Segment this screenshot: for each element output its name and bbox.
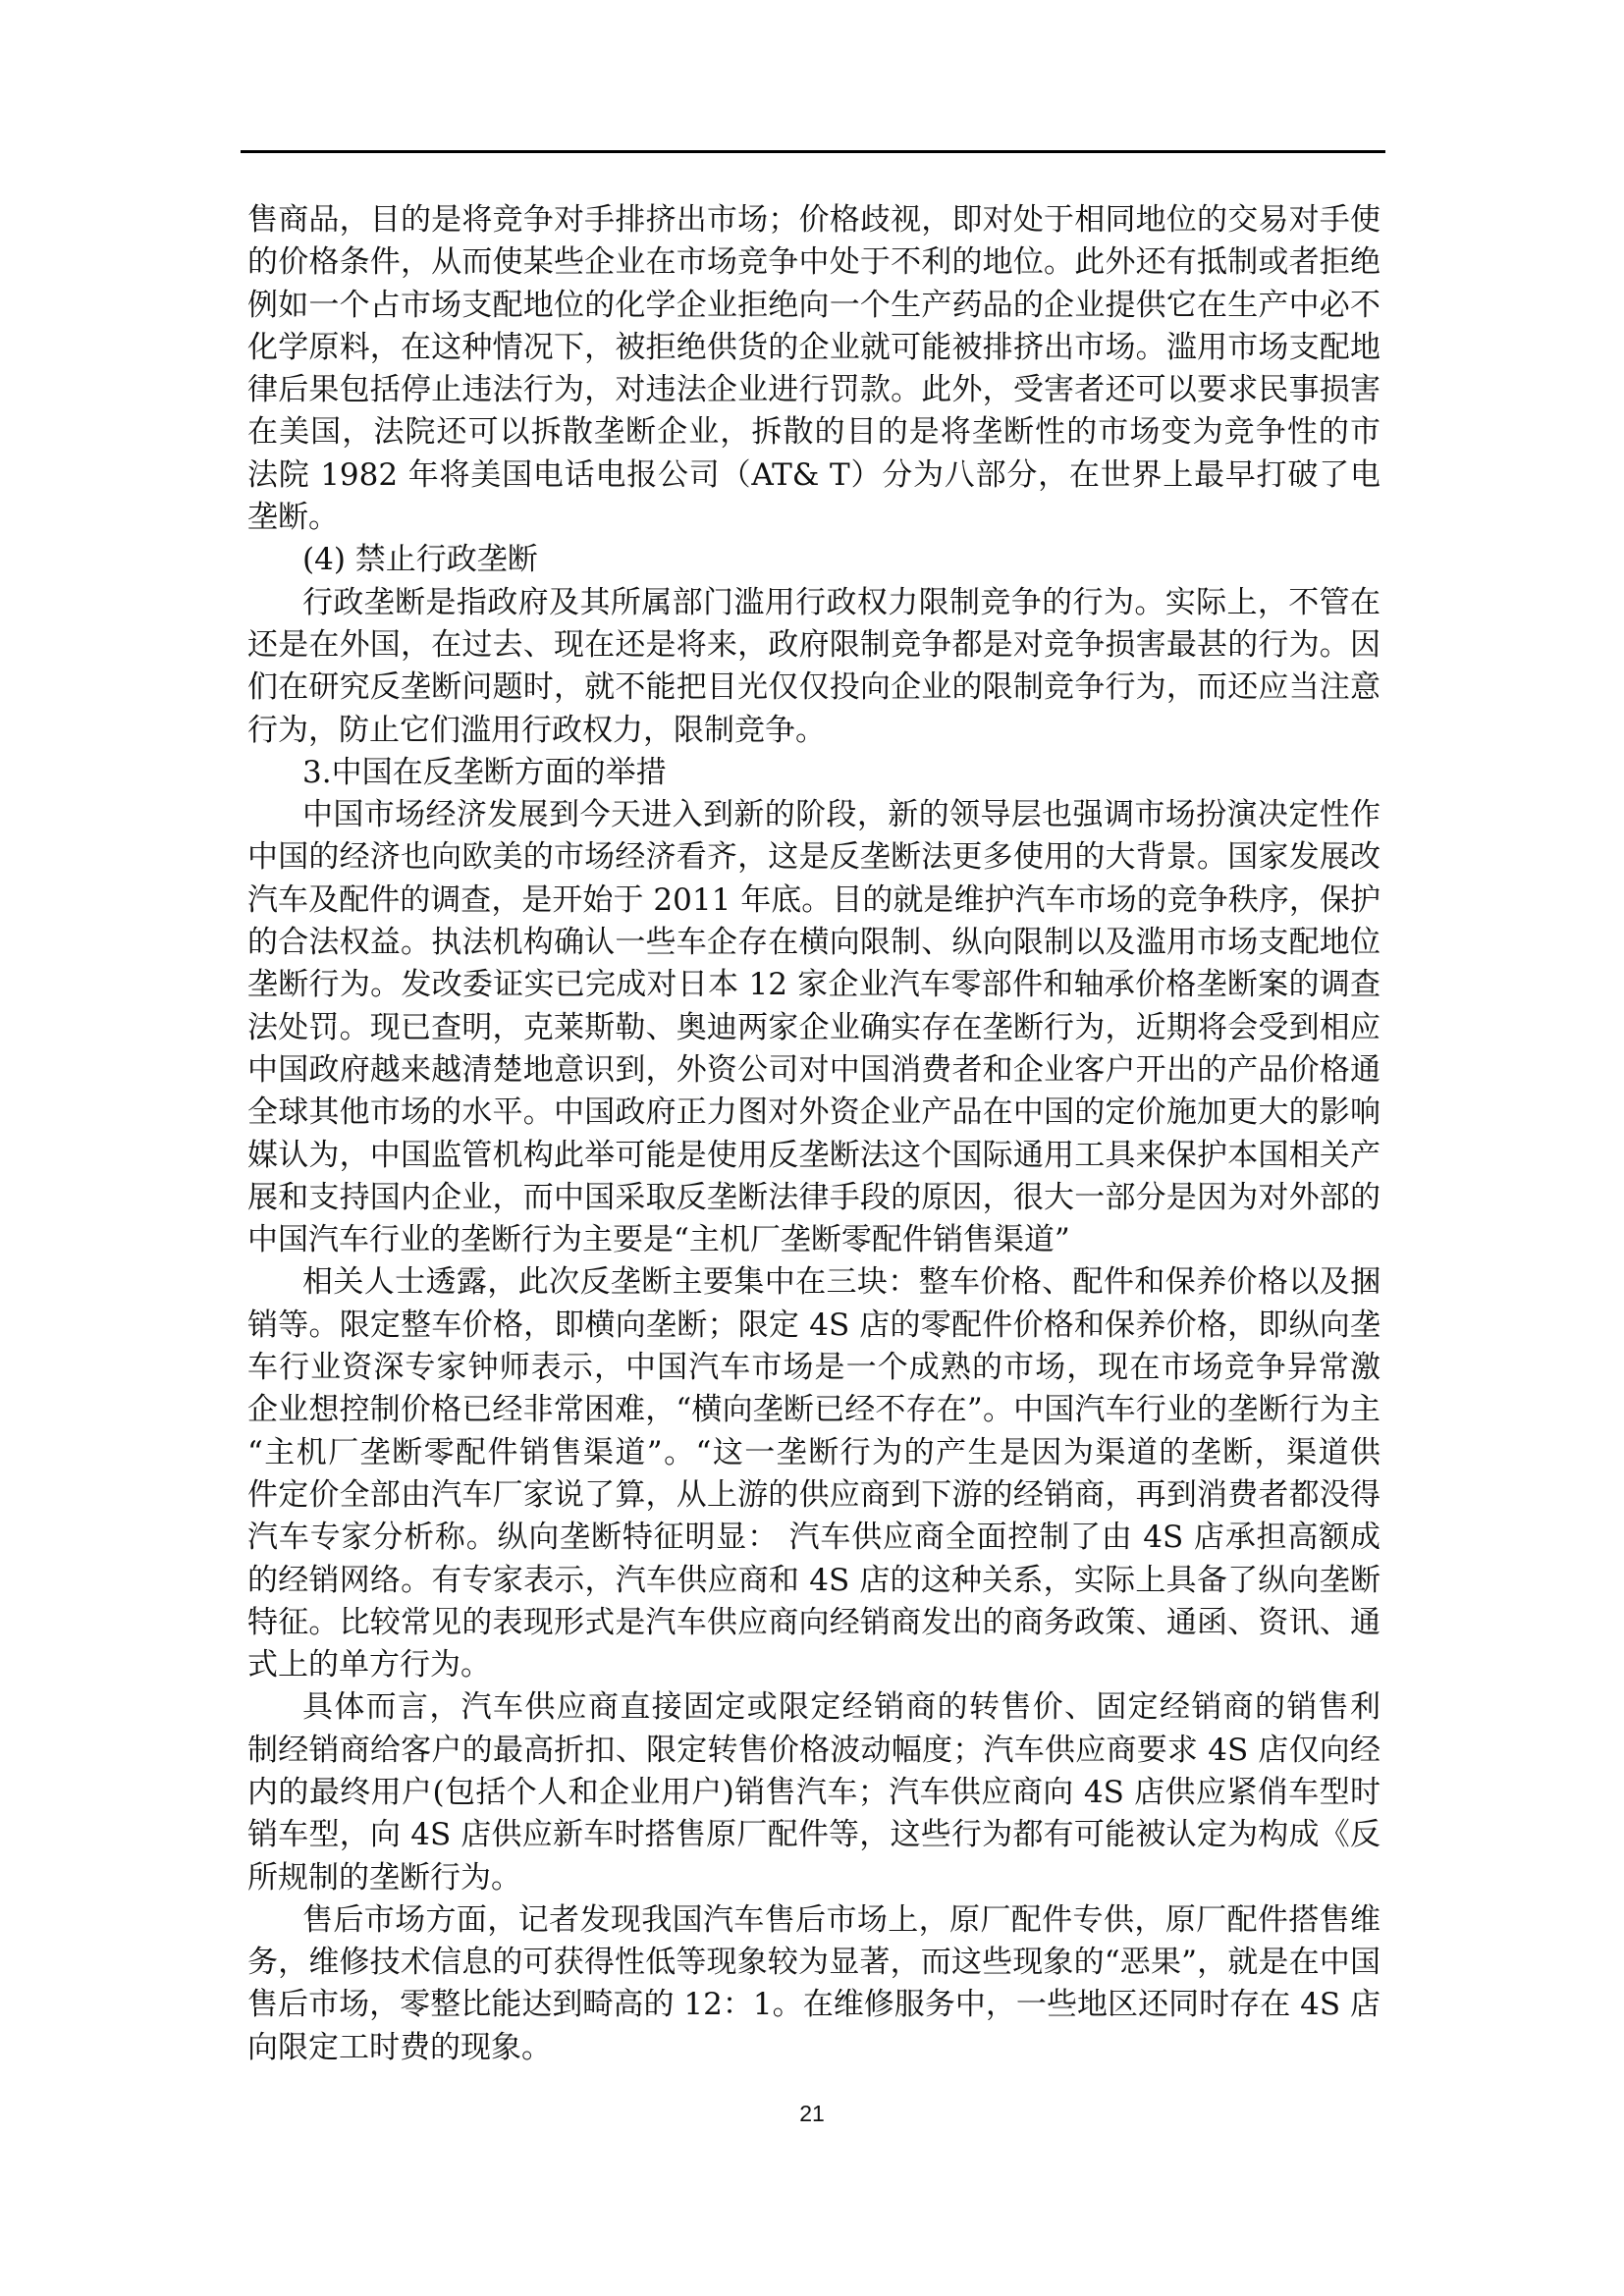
header-rule [241,150,1385,153]
text-line: 律后果包括停止违法行为，对违法企业进行罚款。此外，受害者还可以要求民事损害赔偿。 [247,369,1380,411]
text-line: 化学原料，在这种情况下，被拒绝供货的企业就可能被排挤出市场。滥用市场支配地位的法 [247,327,1380,369]
text-line: 售后市场方面，记者发现我国汽车售后市场上，原厂配件专供，原厂配件搭售维修服 [247,1899,1380,1942]
text-line: 企业想控制价格已经非常困难，“横向垄断已经不存在”。中国汽车行业的垄断行为主要是 [247,1389,1380,1431]
text-line: 售后市场，零整比能达到畸高的 12：1。在维修服务中，一些地区还同时存在 4S … [247,1984,1380,2026]
text-line: 在美国，法院还可以拆散垄断企业，拆散的目的是将垄断性的市场变为竞争性的市场。美国 [247,411,1380,454]
text-line: (4) 禁止行政垄断 [247,539,1380,581]
text-line: 中国的经济也向欧美的市场经济看齐，这是反垄断法更多使用的大背景。国家发展改革委对 [247,836,1380,879]
text-line: 行为，防止它们滥用行政权力，限制竞争。 [247,710,1380,752]
text-line: 所规制的垄断行为。 [247,1857,1380,1899]
text-line: 务，维修技术信息的可获得性低等现象较为显著，而这些现象的“恶果”，就是在中国的汽… [247,1942,1380,1984]
text-line: 还是在外国，在过去、现在还是将来，政府限制竞争都是对竞争损害最甚的行为。因此，我 [247,624,1380,667]
text-line: 法院 1982 年将美国电话电报公司（AT& T）分为八部分，在世界上最早打破了… [247,454,1380,497]
body-text: 售商品，目的是将竞争对手排挤出市场；价格歧视，即对处于相同地位的交易对手使用不同… [247,199,1380,2069]
text-line: 的合法权益。执法机构确认一些车企存在横向限制、纵向限制以及滥用市场支配地位等涉嫌 [247,922,1380,964]
text-line: 向限定工时费的现象。 [247,2027,1380,2069]
text-line: 媒认为，中国监管机构此举可能是使用反垄断法这个国际通用工具来保护本国相关产业的发 [247,1135,1380,1177]
text-line: 销车型，向 4S 店供应新车时搭售原厂配件等，这些行为都有可能被认定为构成《反垄… [247,1814,1380,1856]
text-line: 车行业资深专家钟师表示，中国汽车市场是一个成熟的市场，现在市场竞争异常激烈，汽车 [247,1347,1380,1389]
text-line: 垄断。 [247,497,1380,539]
text-line: 销等。限定整车价格，即横向垄断；限定 4S 店的零配件价格和保养价格，即纵向垄断… [247,1305,1380,1347]
text-line: 的经销网络。有专家表示，汽车供应商和 4S 店的这种关系，实际上具备了纵向垄断行… [247,1560,1380,1602]
page-number: 21 [0,2101,1624,2127]
text-line: 垄断行为。发改委证实已完成对日本 12 家企业汽车零部件和轴承价格垄断案的调查并… [247,964,1380,1006]
text-line: 展和支持国内企业，而中国采取反垄断法律手段的原因，很大一部分是因为对外部的反制。 [247,1177,1380,1219]
text-line: 3.中国在反垄断方面的举措 [247,752,1380,794]
text-line: 售商品，目的是将竞争对手排挤出市场；价格歧视，即对处于相同地位的交易对手使用不同 [247,199,1380,241]
text-line: 相关人士透露，此次反垄断主要集中在三块：整车价格、配件和保养价格以及捆绑营 [247,1261,1380,1304]
text-line: 法处罚。现已查明，克莱斯勒、奥迪两家企业确实存在垄断行为，近期将会受到相应处罚。 [247,1007,1380,1049]
text-line: 汽车专家分析称。纵向垄断特征明显： 汽车供应商全面控制了由 4S 店承担高额成本… [247,1517,1380,1559]
text-line: 的价格条件，从而使某些企业在市场竞争中处于不利的地位。此外还有抵制或者拒绝交易， [247,241,1380,284]
text-line: 全球其他市场的水平。中国政府正力图对外资企业产品在中国的定价施加更大的影响力。外 [247,1092,1380,1134]
text-line: 件定价全部由汽车厂家说了算，从上游的供应商到下游的经销商，再到消费者都没得选择。… [247,1474,1380,1517]
text-line: 内的最终用户(包括个人和企业用户)销售汽车；汽车供应商向 4S 店供应紧俏车型时… [247,1772,1380,1814]
text-line: 行政垄断是指政府及其所属部门滥用行政权力限制竞争的行为。实际上，不管在中国 [247,582,1380,624]
text-line: “主机厂垄断零配件销售渠道”。“这一垄断行为的产生是因为渠道的垄断，渠道供应、零… [247,1432,1380,1474]
text-line: 例如一个占市场支配地位的化学企业拒绝向一个生产药品的企业提供它在生产中必不可少的 [247,285,1380,327]
text-line: 们在研究反垄断问题时，就不能把目光仅仅投向企业的限制竞争行为，而还应当注意政府的 [247,667,1380,709]
text-line: 具体而言，汽车供应商直接固定或限定经销商的转售价、固定经销商的销售利润、限 [247,1686,1380,1729]
text-line: 特征。比较常见的表现形式是汽车供应商向经销商发出的商务政策、通函、资讯、通知等形 [247,1602,1380,1644]
text-line: 中国政府越来越清楚地意识到，外资公司对中国消费者和企业客户开出的产品价格通常高于 [247,1049,1380,1092]
text-line: 式上的单方行为。 [247,1644,1380,1686]
text-line: 中国市场经济发展到今天进入到新的阶段，新的领导层也强调市场扮演决定性作用， [247,794,1380,836]
text-line: 中国汽车行业的垄断行为主要是“主机厂垄断零配件销售渠道” [247,1219,1380,1261]
text-line: 汽车及配件的调查，是开始于 2011 年底。目的就是维护汽车市场的竞争秩序，保护… [247,880,1380,922]
text-line: 制经销商给客户的最高折扣、限定转售价格波动幅度；汽车供应商要求 4S 店仅向经销… [247,1730,1380,1772]
